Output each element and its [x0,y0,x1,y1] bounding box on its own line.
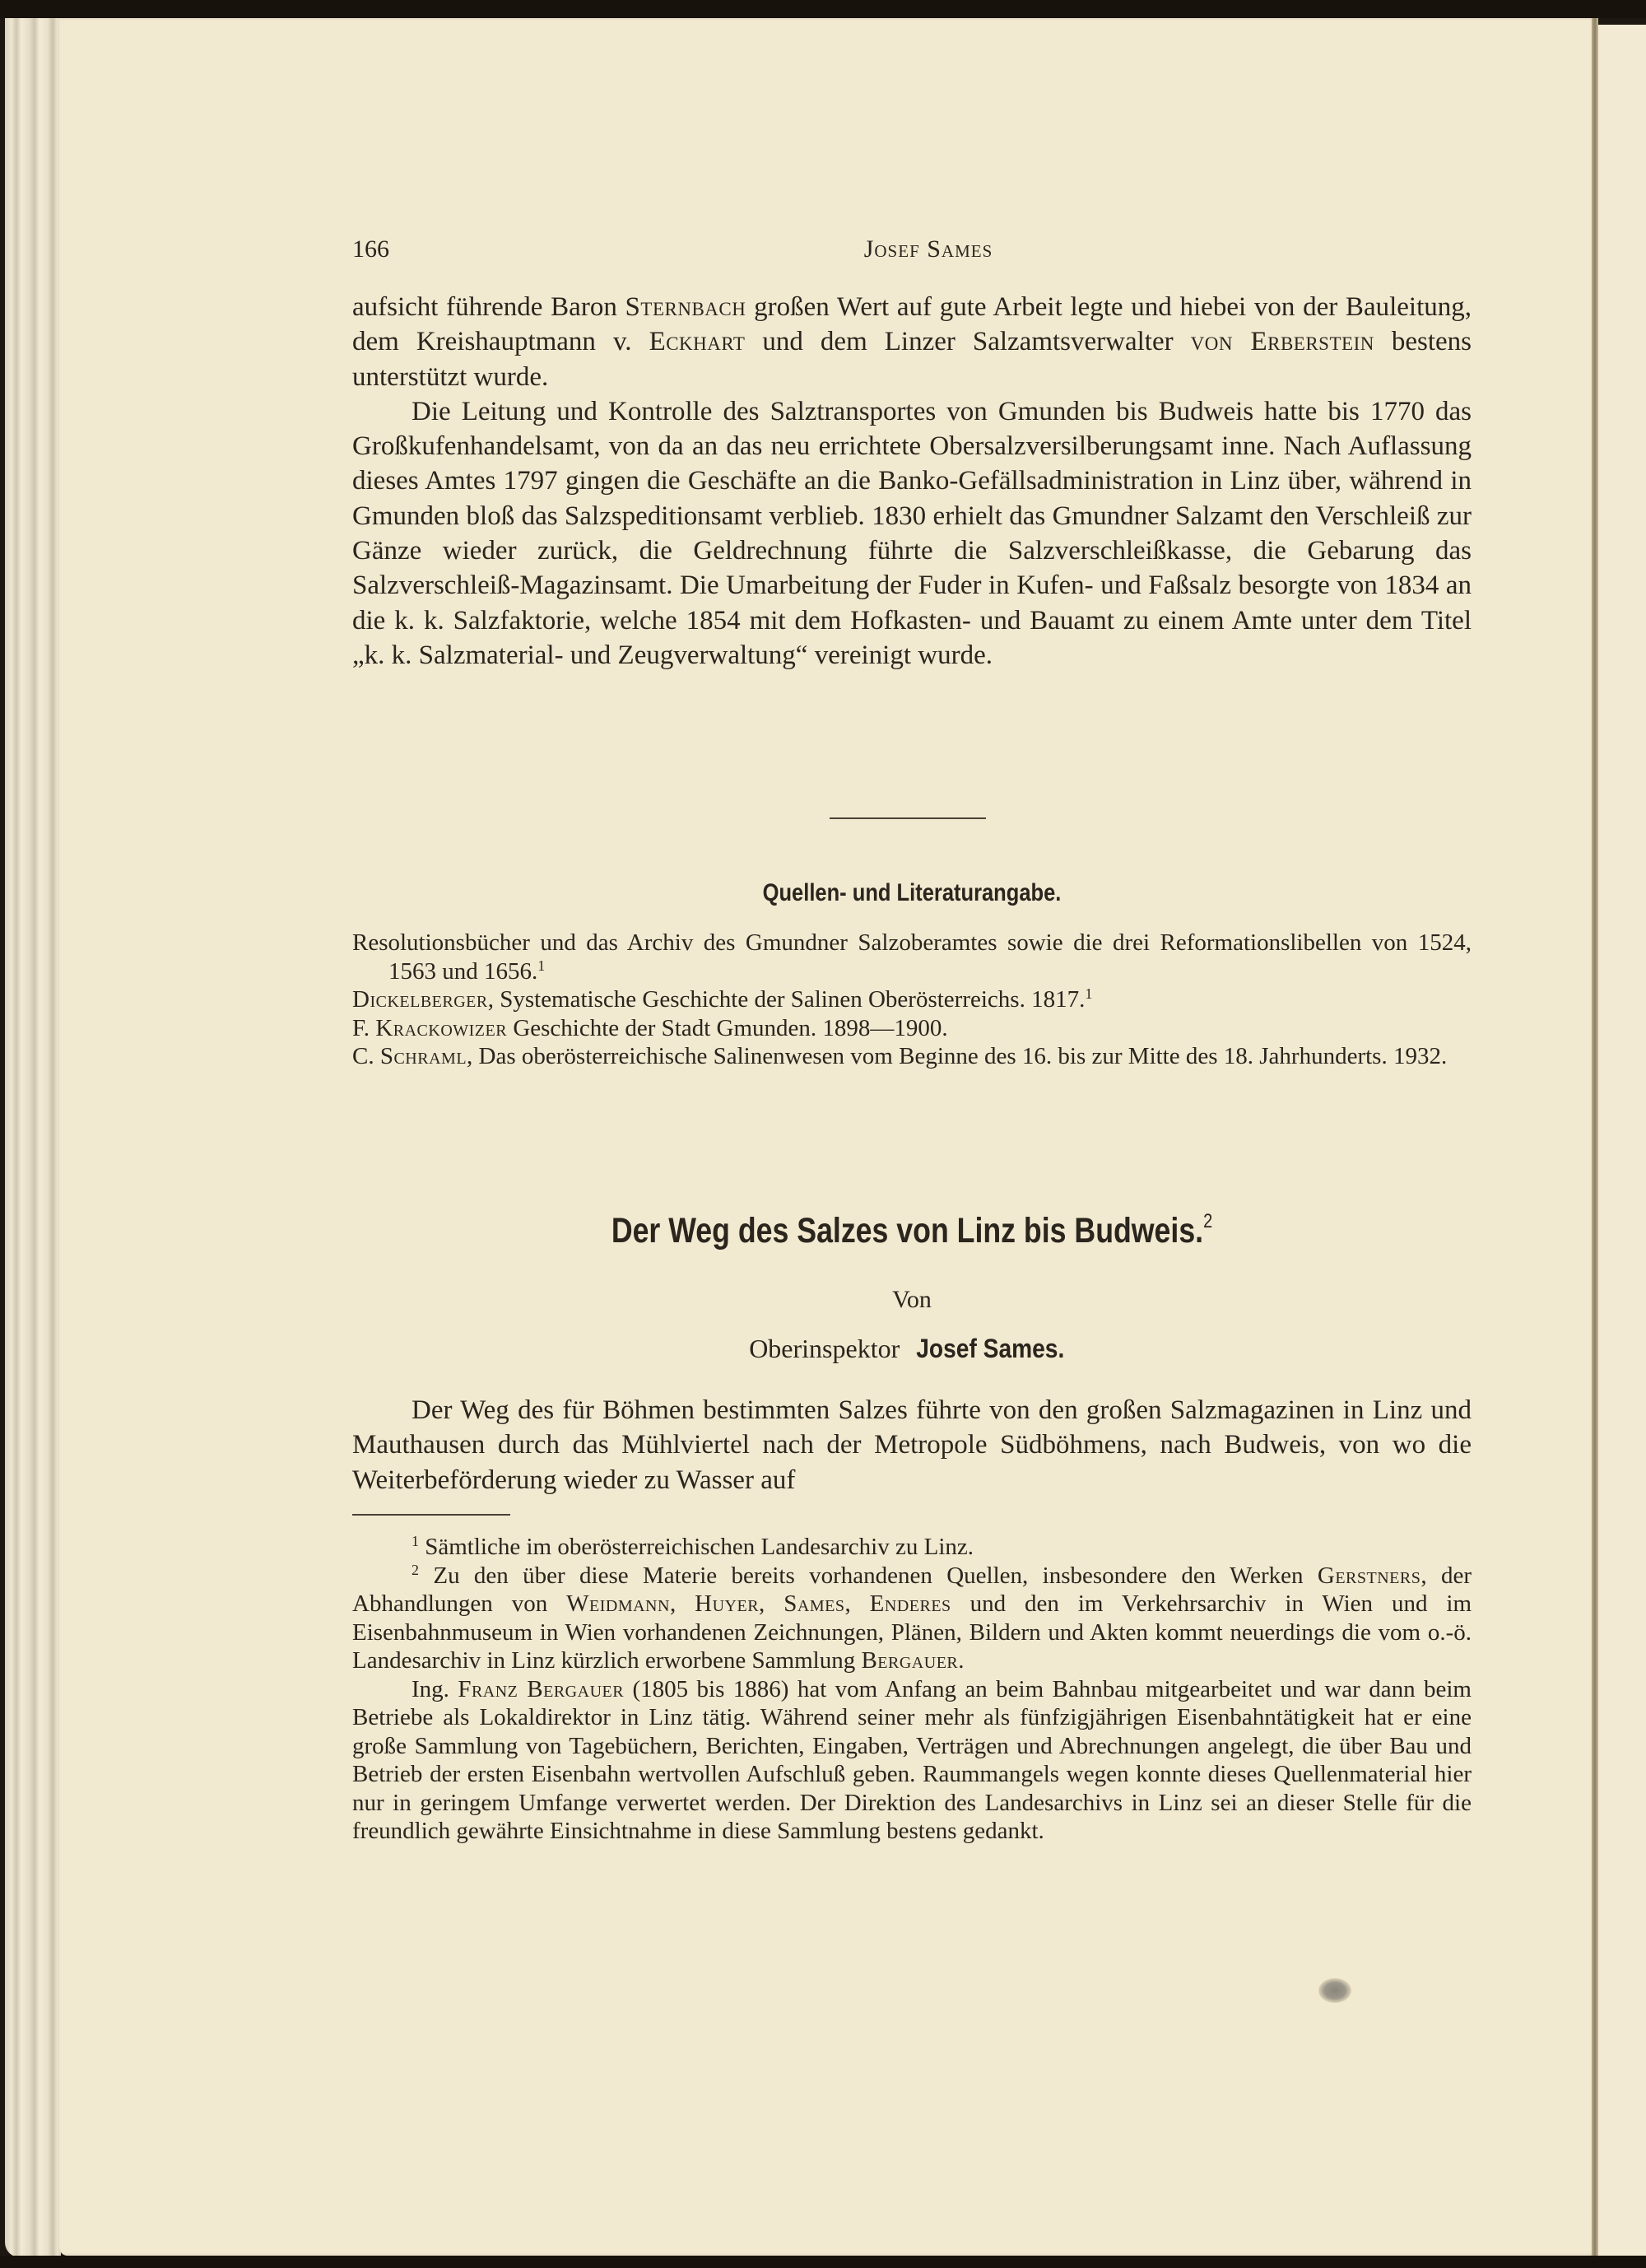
source-text: Geschichte der Stadt Gmunden. 1898—1900. [507,1015,948,1041]
footnote-divider [352,1514,510,1516]
author-rank: Oberinspektor [749,1334,906,1363]
scan-background-bottom [0,2256,1646,2268]
source-initial: C. [352,1043,380,1069]
source-item: Dickelberger, Systematische Geschichte d… [352,985,1472,1014]
source-author: Schraml [380,1043,467,1069]
person-name: Sames [783,1590,844,1617]
person-name: Sternbach [625,292,746,322]
byline-von: Von [352,1286,1472,1314]
author-name: Josef Sames. [917,1334,1065,1364]
book-gutter [1592,18,1598,2256]
text: , [670,1590,695,1617]
footnote-2: 2 Zu den über diese Materie bereits vorh… [352,1562,1472,1675]
paragraph-1: aufsicht führende Baron Sternbach großen… [352,290,1472,394]
footnote-ref: 1 [537,957,545,974]
article-title-text: Der Weg des Salzes von Linz bis Budweis. [611,1211,1203,1250]
source-item: F. Krackowizer Geschichte der Stadt Gmun… [352,1014,1472,1043]
text: , [759,1590,783,1617]
text: aufsicht führende Baron [352,292,625,322]
person-name: von Erberstein [1191,327,1374,356]
facing-page-edge [1598,25,1646,2256]
source-text: , Das oberösterreichische Salinenwesen v… [467,1043,1447,1069]
source-text: , Systematische Geschichte der Salinen O… [488,986,1086,1013]
article-paragraph: Der Weg des für Böhmen bestimmten Salzes… [352,1393,1472,1497]
footnote-2-continued: Ing. Franz Bergauer (1805 bis 1886) hat … [352,1675,1472,1846]
scan-background-top [0,0,1646,18]
person-name: Gerstners [1318,1562,1420,1589]
person-name: Weidmann [566,1590,670,1617]
footnote-1: 1 Sämtliche im oberösterreichischen Land… [352,1533,1472,1562]
source-author: Krackowizer [375,1015,507,1041]
source-author: Dickelberger [352,986,488,1013]
text: und dem Linzer Salzamtsverwalter [745,327,1190,356]
person-name: Eckhart [649,327,746,356]
footnotes: 1 Sämtliche im oberösterreichischen Land… [352,1533,1472,1846]
page-stack-edges [5,18,61,2257]
sources-heading: Quellen- und Literaturangabe. [436,879,1388,907]
text: , [844,1590,869,1617]
intro-text: aufsicht führende Baron Sternbach großen… [352,290,1472,673]
text: Ing. [411,1676,458,1702]
source-initial: F. [352,1015,375,1041]
source-item: Resolutionsbücher und das Archiv des Gmu… [352,929,1472,985]
running-head: 166 Josef Sames [352,235,1472,268]
source-item: C. Schraml, Das oberösterreichische Sali… [352,1042,1472,1071]
footnote-mark: 2 [411,1562,419,1578]
footnote-mark: 1 [411,1533,419,1549]
footnote-text: Sämtliche im oberösterreichischen Landes… [419,1534,974,1560]
person-name: Franz Bergauer [458,1676,624,1702]
ink-stain [1318,1978,1351,2003]
byline-author: Oberinspektor Josef Sames. [352,1334,1472,1364]
paragraph-2: Die Leitung und Kontrolle des Salztransp… [352,394,1472,673]
footnote-ref: 1 [1085,985,1092,1002]
footnote-ref: 2 [1203,1210,1212,1232]
person-name: Bergauer [861,1647,958,1674]
sources-list: Resolutionsbücher und das Archiv des Gmu… [352,929,1472,1071]
running-title: Josef Sames [352,235,1472,263]
text: . [958,1647,964,1674]
person-name: Enderes [870,1590,951,1617]
article-title: Der Weg des Salzes von Linz bis Budweis.… [448,1210,1377,1251]
section-divider [830,817,986,819]
text: Zu den über diese Materie bereits vorhan… [419,1562,1318,1589]
person-name: Huyer [695,1590,759,1617]
source-text: Resolutionsbücher und das Archiv des Gmu… [352,929,1472,985]
article-body: Der Weg des für Böhmen bestimmten Salzes… [352,1393,1472,1497]
